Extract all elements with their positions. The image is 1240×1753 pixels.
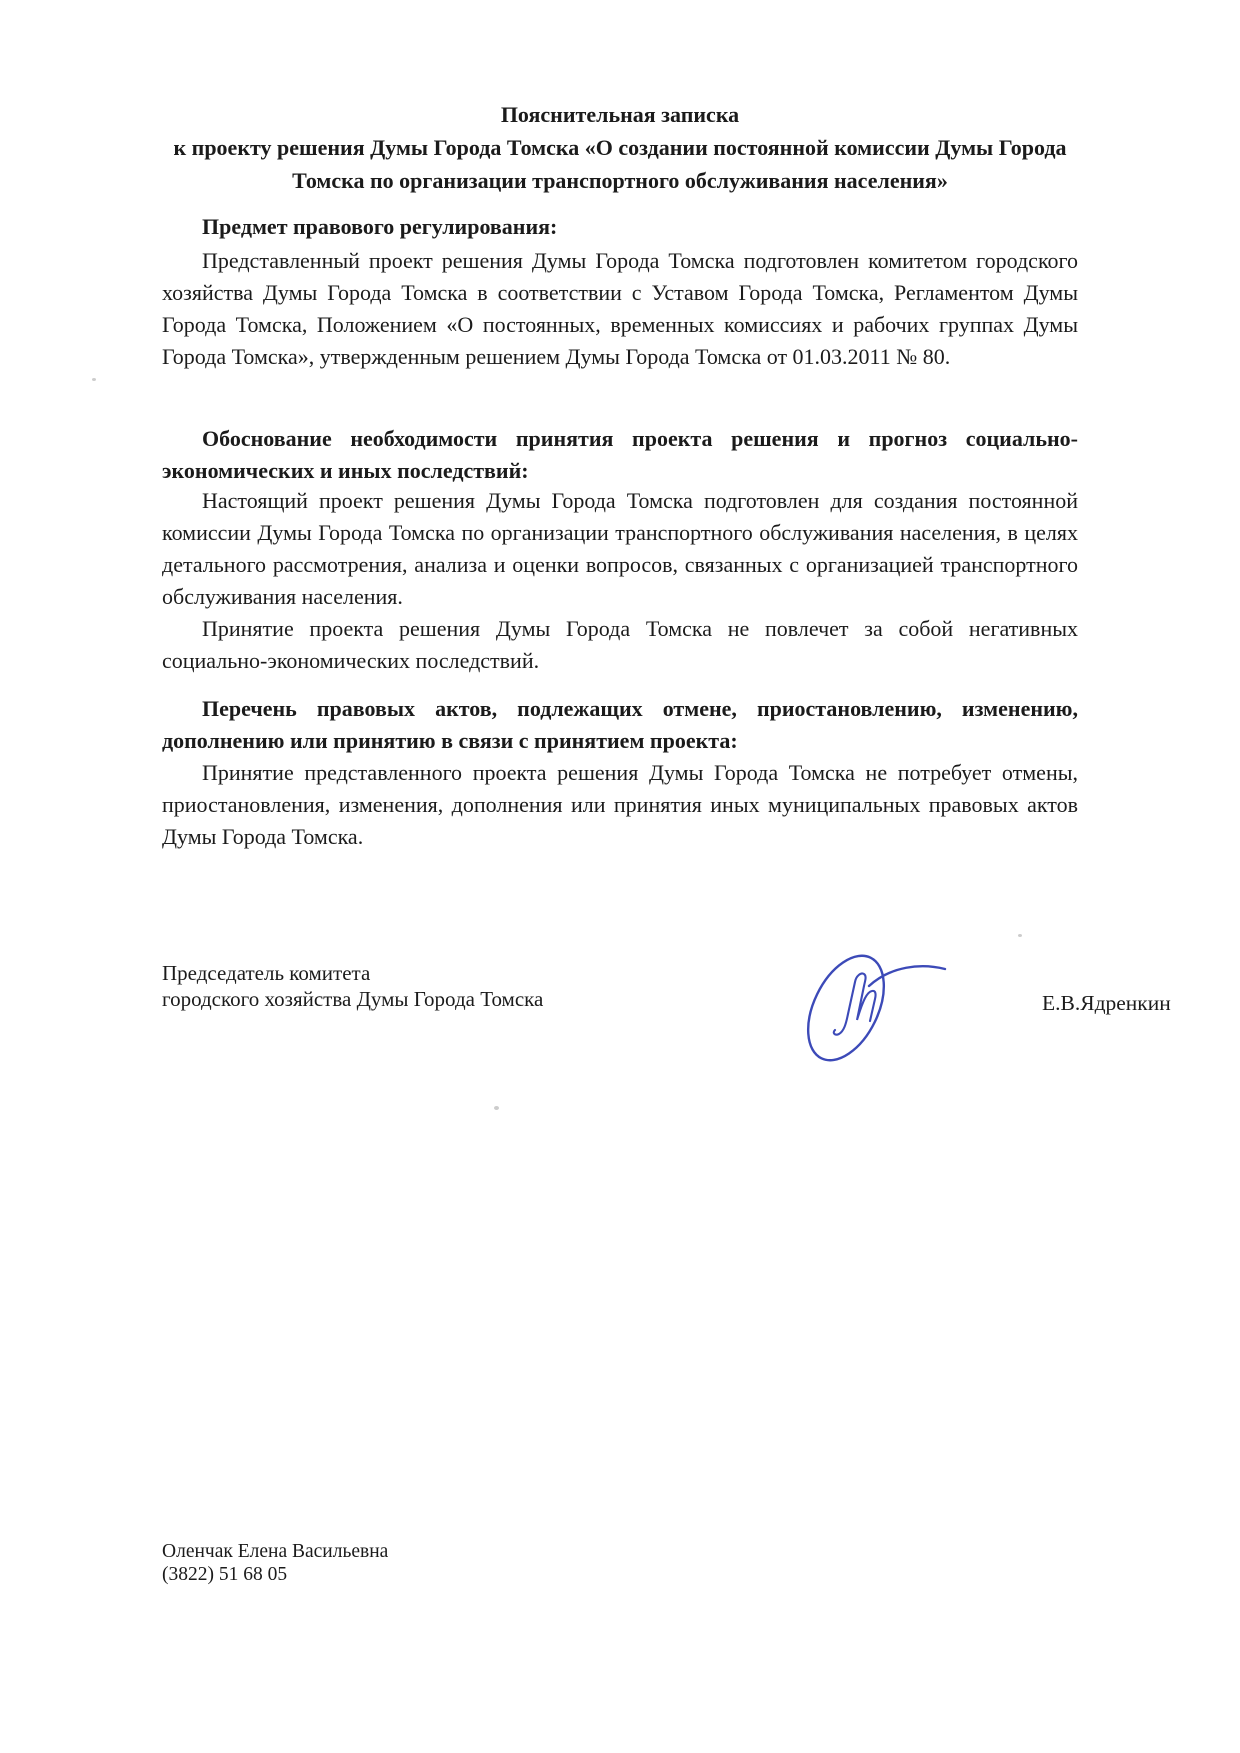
title-line-3: Томска по организации транспортного обсл… (162, 164, 1078, 197)
document-page: Пояснительная записка к проекту решения … (0, 0, 1240, 1753)
executor-phone: (3822) 51 68 05 (162, 1563, 682, 1586)
executor-contact: Оленчак Елена Васильевна (3822) 51 68 05 (162, 1540, 682, 1586)
scan-speck (1018, 934, 1022, 937)
paragraph: Настоящий проект решения Думы Города Том… (162, 485, 1078, 613)
signer-position: Председатель комитета городского хозяйст… (162, 960, 682, 1012)
paragraph: Принятие проекта решения Думы Города Том… (162, 613, 1078, 677)
document-title: Пояснительная записка к проекту решения … (162, 98, 1078, 197)
title-line-2: к проекту решения Думы Города Томска «О … (162, 131, 1078, 164)
section-body-justification: Настоящий проект решения Думы Города Том… (162, 485, 1078, 677)
section-heading-subject: Предмет правового регулирования: (162, 211, 1078, 243)
signer-position-line-2: городского хозяйства Думы Города Томска (162, 986, 682, 1012)
paragraph: Принятие представленного проекта решения… (162, 757, 1078, 853)
executor-name: Оленчак Елена Васильевна (162, 1540, 682, 1563)
signer-position-line-1: Председатель комитета (162, 960, 682, 986)
scan-speck (92, 378, 96, 381)
title-line-1: Пояснительная записка (162, 98, 1078, 131)
section-body-subject: Представленный проект решения Думы Город… (162, 245, 1078, 373)
signer-name: Е.В.Ядренкин (1042, 991, 1232, 1015)
scan-speck (494, 1106, 499, 1110)
section-body-acts-list: Принятие представленного проекта решения… (162, 757, 1078, 853)
paragraph: Представленный проект решения Думы Город… (162, 245, 1078, 373)
handwritten-signature (783, 944, 955, 1074)
section-heading-justification: Обоснование необходимости принятия проек… (162, 423, 1078, 487)
section-heading-acts-list: Перечень правовых актов, подлежащих отме… (162, 693, 1078, 757)
